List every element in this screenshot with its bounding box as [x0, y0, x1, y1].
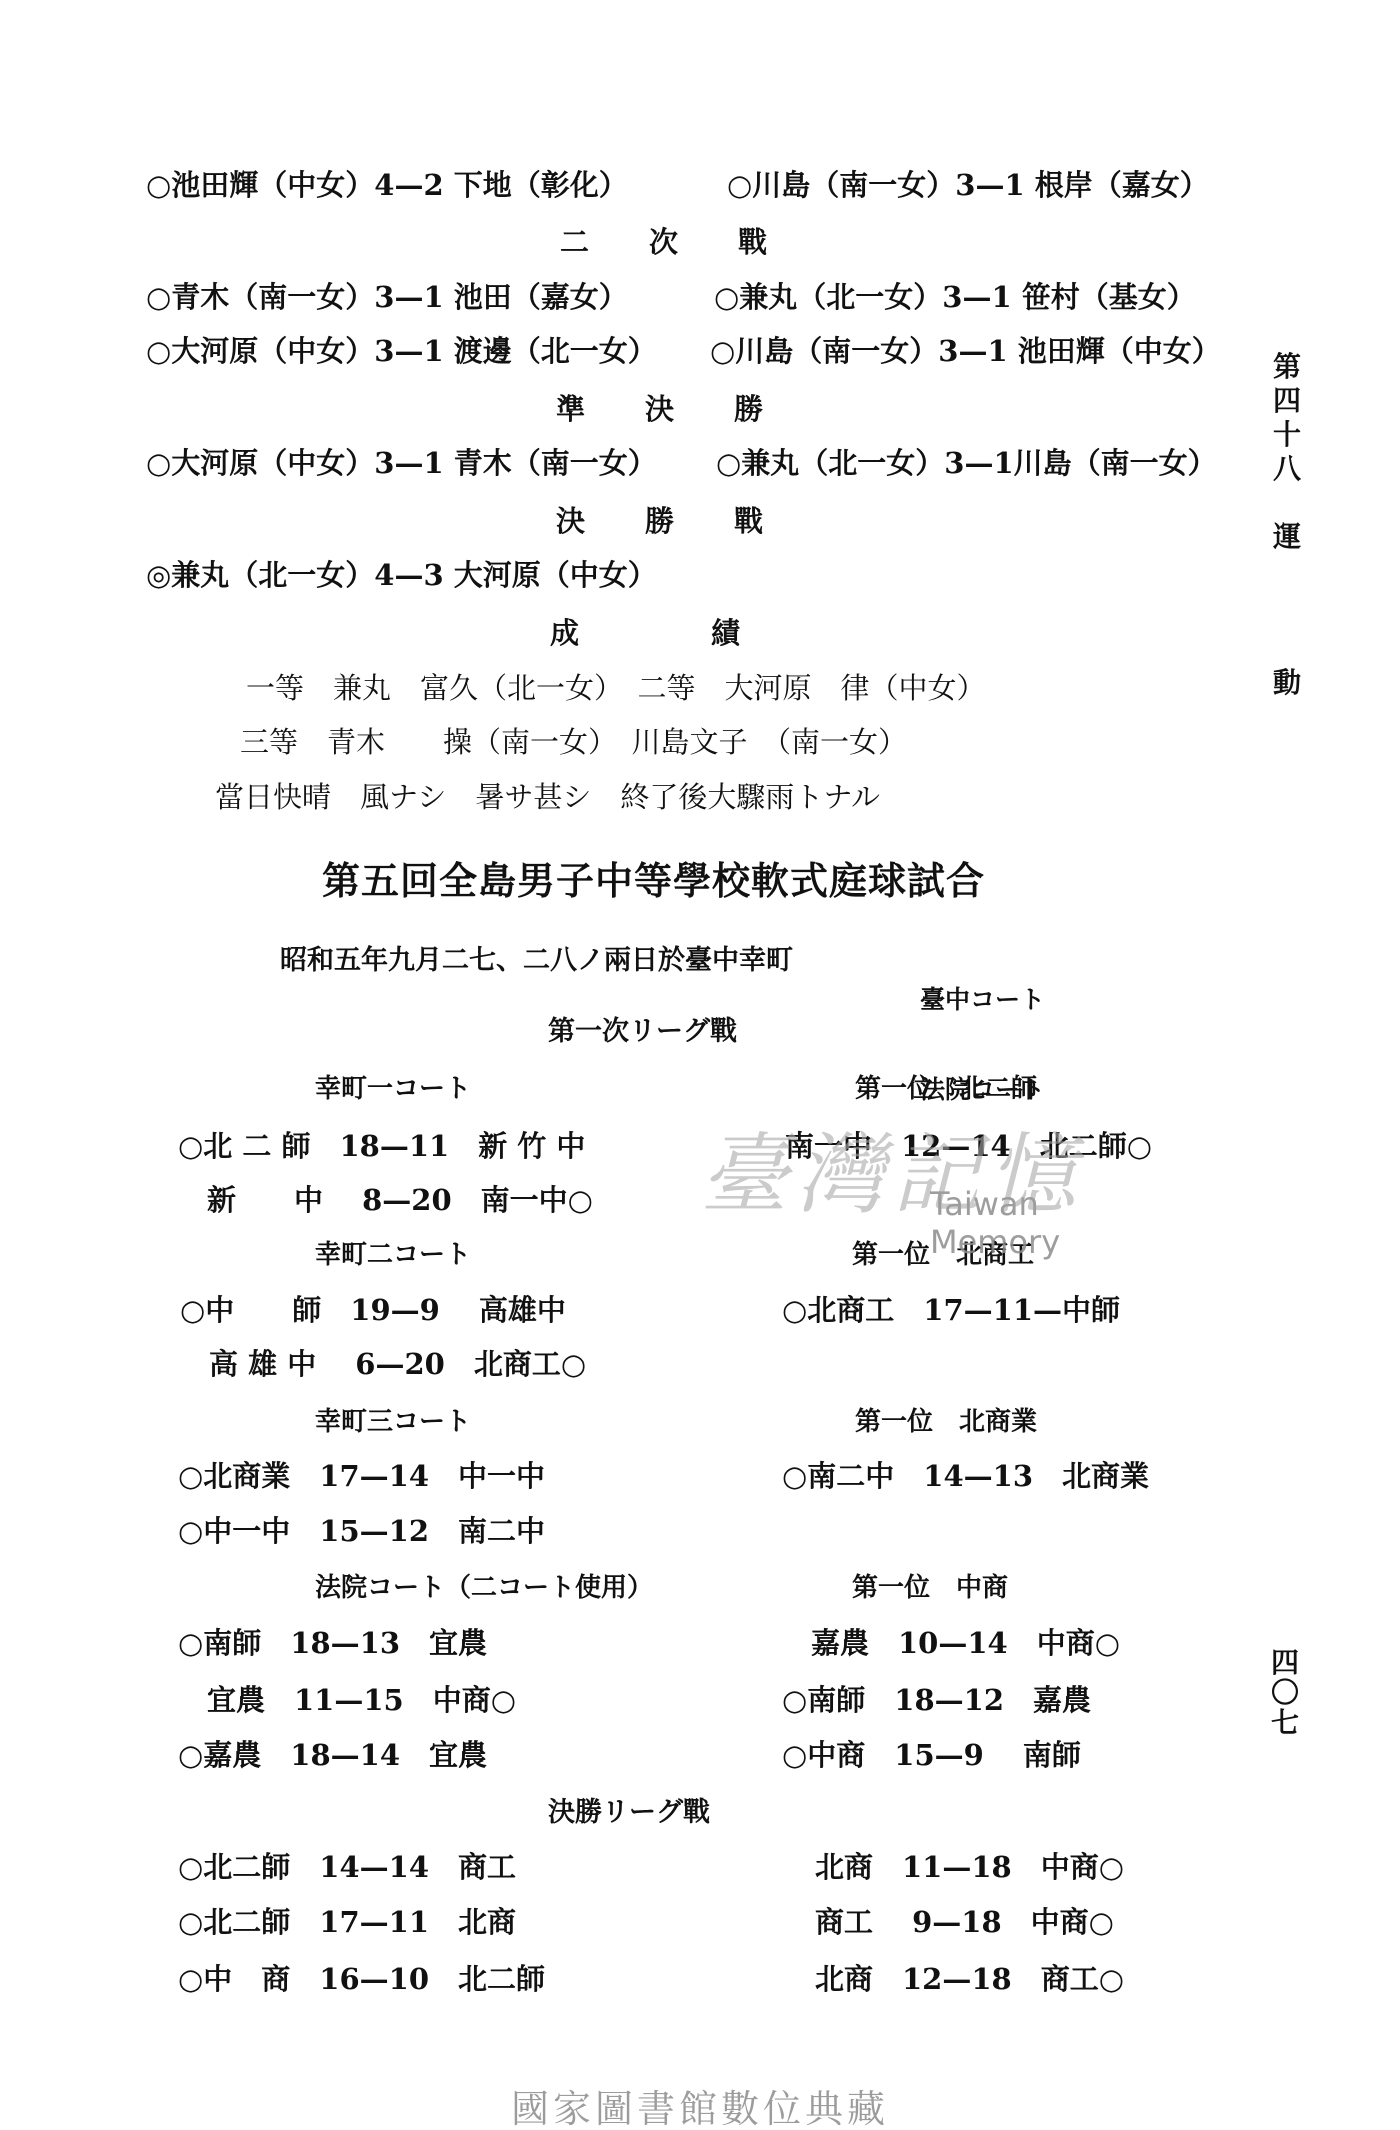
match-result: ○大河原（中女）3—1 渡邊（北一女）: [146, 333, 657, 369]
match-result: ○嘉農 18—14 宜農: [178, 1737, 487, 1773]
match-result: 北商 11—18 中商○: [815, 1849, 1124, 1885]
running-head-char: 動: [1270, 666, 1304, 700]
court-winner: 第一位 北商業: [855, 1404, 1037, 1440]
court-name: 法院コート（二コート使用）: [315, 1570, 653, 1606]
section-heading-results: 成績: [550, 615, 872, 651]
match-result: ○中商 15—9 南師: [782, 1737, 1081, 1773]
match-result: ○北商工 17—11—中師: [782, 1292, 1120, 1328]
match-result: ○大河原（中女）3—1 青木（南一女）: [146, 445, 657, 481]
section-heading-final-league: 決勝リーグ戰: [548, 1797, 710, 1829]
match-result: 嘉農 10—14 中商○: [782, 1625, 1120, 1661]
match-result: ○北二師 17—11 北商: [178, 1904, 516, 1940]
court-name: 幸町一コート: [315, 1071, 471, 1107]
match-result: ○兼丸（北一女）3—1川島（南一女）: [716, 445, 1217, 481]
section-heading-second-round: 二次戰: [560, 224, 827, 260]
match-result: ○川島（南一女）3—1 根岸（嘉女）: [727, 167, 1209, 203]
match-result: ○池田輝（中女）4—2 下地（彰化）: [146, 167, 628, 203]
match-result: ○中 商 16—10 北二師: [178, 1961, 545, 1997]
match-result: 高 雄 中 6—20 北商工○: [180, 1346, 586, 1382]
match-result: 南一中 12—14 北二師○: [785, 1128, 1152, 1164]
match-result: ○北商業 17—14 中一中: [178, 1458, 545, 1494]
final-result: ◎兼丸（北一女）4—3 大河原（中女）: [146, 557, 657, 593]
section-heading-final: 決勝戰: [556, 503, 823, 539]
page-number-char: 七: [1268, 1708, 1302, 1738]
match-result: ○北二師 14—14 商工: [178, 1849, 516, 1885]
page-number: 四 〇 七: [1268, 1648, 1302, 1738]
match-result: ○北 二 師 18—11 新 竹 中: [178, 1128, 585, 1164]
results-line: 一等 兼丸 富久（北一女） 二等 大河原 律（中女）: [246, 670, 986, 706]
venue-taichung-court: 臺中コート: [920, 985, 1045, 1015]
running-head-char: 八: [1270, 452, 1304, 486]
court-winner: 第一位 中商: [852, 1570, 1008, 1606]
running-head-char: 十: [1270, 418, 1304, 452]
running-head: 第 四 十 八 運 動: [1270, 350, 1304, 700]
results-line: 三等 青木 操（南一女） 川島文子 （南一女）: [240, 724, 907, 760]
match-result: 商工 9—18 中商○: [815, 1904, 1114, 1940]
section-heading-first-league: 第一次リーグ戰: [548, 1016, 737, 1048]
match-result: ○青木（南一女）3—1 池田（嘉女）: [146, 279, 628, 315]
library-footer: 國家圖書館數位典藏: [0, 2078, 1400, 2130]
section-heading-semifinal: 準決勝: [556, 391, 823, 427]
page-number-char: 四: [1268, 1648, 1302, 1678]
match-result: ○南師 18—12 嘉農: [782, 1682, 1091, 1718]
running-head-gap: [1270, 554, 1304, 666]
running-head-gap: [1270, 486, 1304, 520]
match-result: 新 中 8—20 南一中○: [178, 1182, 593, 1218]
court-name: 幸町三コート: [315, 1404, 471, 1440]
court-winner: 第一位 北二師: [855, 1071, 1037, 1107]
tournament-title: 第五回全島男子中等學校軟式庭球試合: [322, 858, 985, 904]
match-result: ○中 師 19—9 高雄中: [180, 1292, 566, 1328]
running-head-char: 四: [1270, 384, 1304, 418]
court-name: 幸町二コート: [315, 1237, 471, 1273]
match-result: ○川島（南一女）3—1 池田輝（中女）: [710, 333, 1221, 369]
weather-note: 當日快晴 風ナシ 暑サ甚シ 終了後大驟雨トナル: [215, 779, 880, 815]
court-winner: 第一位 北商工: [852, 1237, 1034, 1273]
match-result: 宜農 11—15 中商○: [178, 1682, 516, 1718]
match-result: ○南師 18—13 宜農: [178, 1625, 487, 1661]
match-result: ○兼丸（北一女）3—1 笹村（基女）: [714, 279, 1196, 315]
running-head-char: 第: [1270, 350, 1304, 384]
match-result: ○中一中 15—12 南二中: [178, 1513, 545, 1549]
match-result: 北商 12—18 商工○: [815, 1961, 1124, 1997]
running-head-char: 運: [1270, 520, 1304, 554]
page-number-char: 〇: [1268, 1678, 1302, 1708]
date-venue: 昭和五年九月二七、二八ノ兩日於臺中幸町: [280, 945, 793, 977]
match-result: ○南二中 14—13 北商業: [782, 1458, 1149, 1494]
